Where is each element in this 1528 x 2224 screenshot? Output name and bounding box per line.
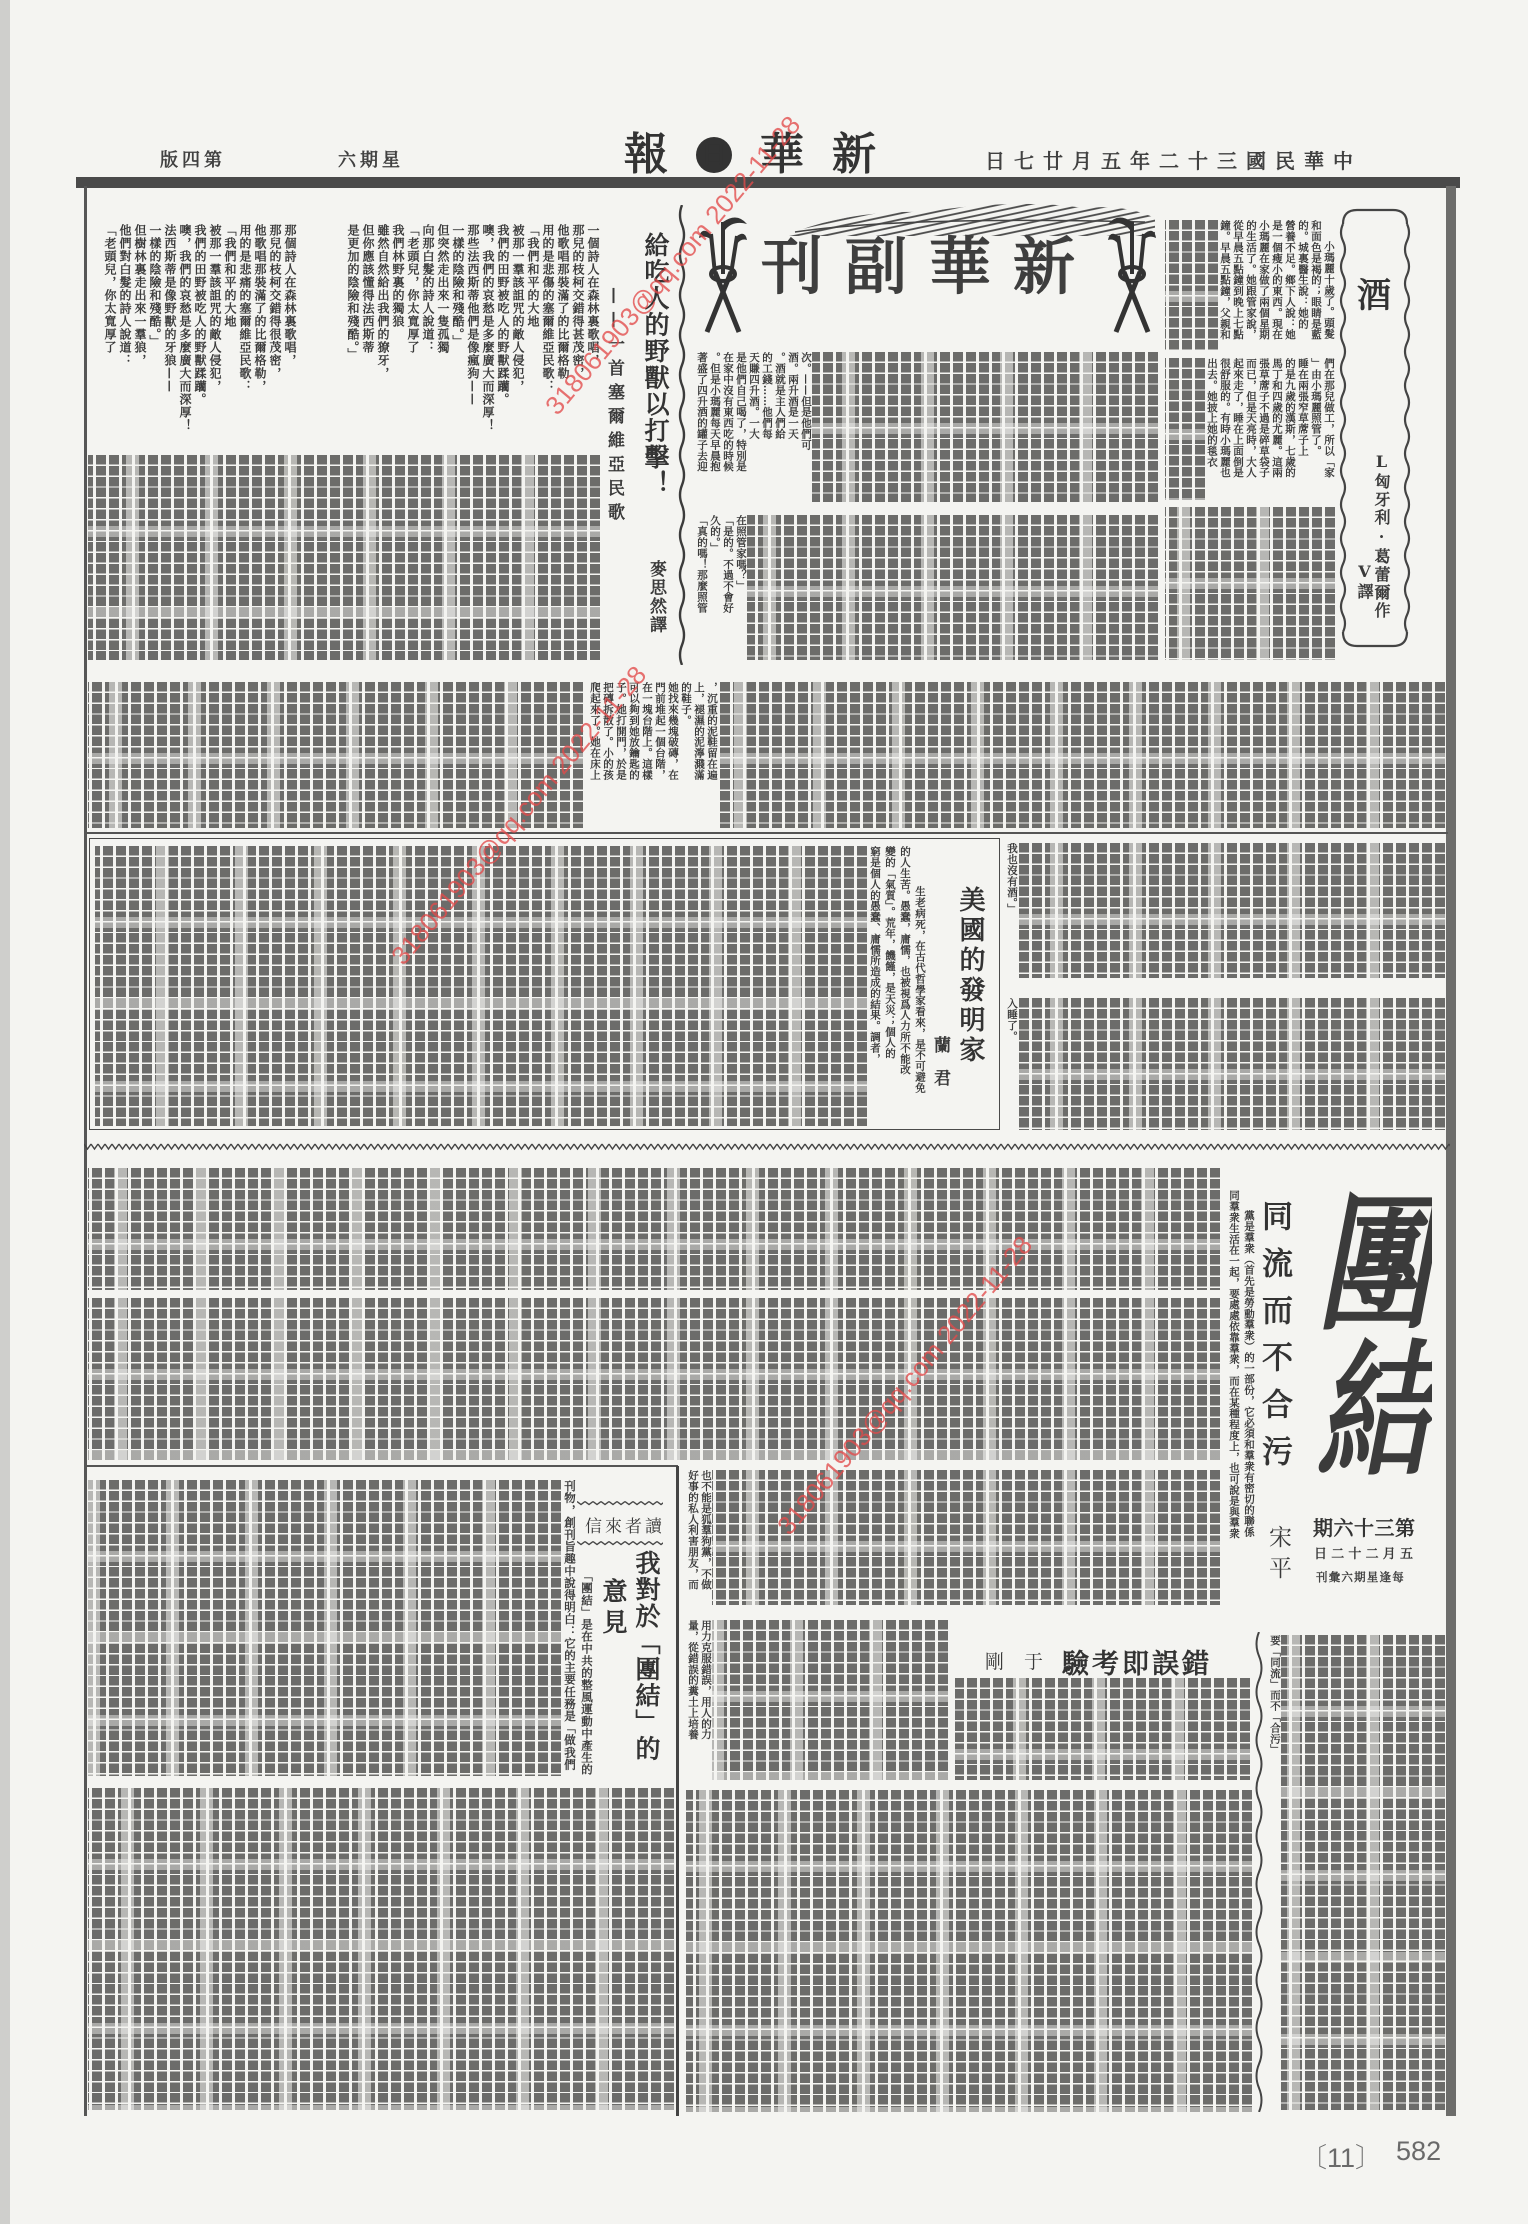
illegible-text [88, 682, 583, 828]
text-column: 入睡了。 [1005, 998, 1018, 1130]
text-column: 要「同流」而不「合污」 [1268, 1635, 1281, 2110]
letter-body: 「團結」是在中共的整風運動中產生的刊物，創刊旨趣中說得明白：它的主要任務是「做我… [88, 1480, 595, 1776]
illegible-text [1165, 220, 1218, 350]
poem-line: 被那一羣該詛咒的敵人侵犯， [510, 224, 525, 438]
poem-line: 噢，我們的哀愁是多麼廣大而深厚！ [480, 224, 495, 438]
article-2-body [955, 1678, 1250, 1780]
text-column: 。酒就是主人們給 [773, 352, 786, 502]
text-columns: 生老病死，在古代哲學家看來，是不可避免的人生苦。愚蠢，庸懦，也被視爲人力所不能改… [867, 846, 927, 1126]
poem-line: 雖然自然給出我們的獠牙， [375, 224, 390, 438]
text-column: 她找來幾塊破磚，在 [666, 682, 679, 828]
text-column: 可以夠到她放鑰匙的 [627, 682, 640, 828]
article-2-title: 錯誤即考驗 [1062, 1642, 1212, 1681]
text-column: 黨是羣衆（首先是勞動羣衆）的一部份，它必須和羣衆有密切的聯係 [1241, 1190, 1256, 1595]
text-column: 的人生苦。愚蠢，庸懦，也被視爲人力所不能改 [897, 846, 912, 1126]
text-column: 生老病死，在古代哲學家看來，是不可避免 [912, 846, 927, 1126]
story-text-block: 在照管家嗎？」「是的。不過不會好久的。」「真的嗎！那麼照管 [695, 515, 1158, 660]
story-opening: 小瑪麗十歲了。頭髮和面色是褐的；眼睛是藍的。城裏醫生說：她的營養不足。鄉下人說：… [1165, 220, 1335, 350]
lead-article-body: 也不能是狐羣狗黨，不做好事的私人利害朋友，而 [686, 1470, 1220, 1605]
feature-title: 美國的發明家 [955, 886, 985, 1066]
text-column: 次。——但是他們可 [799, 352, 812, 502]
poem-line: 一樣的陰險和殘酷。」 [147, 224, 162, 438]
text-column: 的工錢……他們每 [760, 352, 773, 502]
illegible-text [95, 846, 867, 1126]
text-column: 在照管家嗎？」 [734, 515, 747, 660]
text-column: 起來走了，睡在上面倒是 [1231, 358, 1244, 500]
poem-line: 我們林野裏的獨狼 [390, 224, 405, 438]
poem-subtitle: ——一首塞爾維亞民歌 [603, 287, 625, 527]
story-title-box: 酒 L匈牙利·葛蕾爾作 V譯 [1335, 206, 1415, 650]
poem-line: 他們對白髮的詩人說道： [117, 224, 132, 438]
poem-line: 用的是悲痛的塞爾維亞民歌： [237, 224, 252, 438]
text-column: 出去。她披上她的毯衣 [1205, 358, 1218, 500]
poem-line: 被那一羣該詛咒的敵人侵犯， [207, 224, 222, 438]
unity-masthead: 團結 [1300, 1185, 1430, 1481]
poem-line: 那兒的枝柯交錯得很茂密， [267, 224, 282, 438]
text-columns: 要「同流」而不「合污」 [1268, 1635, 1281, 2110]
letter-title: 我對於「團結」的 [631, 1550, 661, 1762]
poem-line: 法西斯蒂是像野獸的牙狼—— [162, 224, 177, 438]
weekday-label: 星期六 [338, 146, 404, 172]
text-column: 「真的嗎！那麼照管 [695, 515, 708, 660]
text-column: 在一塊台階上。這樣 [640, 682, 653, 828]
text-column: 刊物，創刊旨趣中說得明白：它的主要任務是「做我們 [561, 1480, 578, 1776]
illegible-text [955, 1678, 1250, 1780]
text-column: 們在那兒做工，所以「家 [1322, 358, 1335, 500]
story-continued: ，沉重的泥鞋留在遍上，褪濕的泥濘濺滿的鞋子。她找來幾塊破磚，在門前堆起一個台階，… [583, 682, 718, 828]
text-column: 是他們自己喝了，特別是 [734, 352, 747, 502]
illegible-text [686, 1790, 1252, 2112]
frame-right-line [1446, 186, 1456, 2116]
illegible-text [88, 1298, 1220, 1460]
frame-left-line [84, 186, 87, 2116]
lead-article-author: 宋平 [1265, 1525, 1291, 1587]
text-columns: 用力克服錯誤，用人的力量，從錯誤的糞土上培養 [686, 1620, 712, 1780]
text-column: 酒。兩升酒是一天 [786, 352, 799, 502]
poem-line: 但樹林裏走出來一羣狼， [132, 224, 147, 438]
illegible-text [712, 1470, 1220, 1605]
story-translator: V譯 [1354, 562, 1374, 601]
poem-line: 用的是悲傷的塞爾維亞民歌： [540, 224, 555, 438]
text-column: 上，褪濕的泥濘濺滿 [692, 682, 705, 828]
text-column: 的鞋子。 [679, 682, 692, 828]
lead-article-body: 黨是羣衆（首先是勞動羣衆）的一部份，它必須和羣衆有密切的聯係同羣衆生活在一起，要… [1222, 1190, 1256, 1595]
issue-date: 五月二十二日 [1314, 1543, 1417, 1562]
scan-edge [0, 0, 10, 2224]
text-column: 爬起來了。她在床上 [588, 682, 601, 828]
wavy-divider [1252, 1632, 1266, 2112]
text-columns: 在照管家嗎？」「是的。不過不會好久的。」「真的嗎！那麼照管 [695, 515, 747, 660]
volume-label: 〔11〕 [1300, 2136, 1382, 2175]
text-column: 量，從錯誤的糞土上培養 [686, 1620, 699, 1780]
poem-line: 那個詩人在森林裏歌唱， [282, 224, 297, 438]
poem-line: 噢，我們的哀愁是多麼廣大而深厚！ [177, 224, 192, 438]
issue-number: 第三十六期 [1313, 1512, 1416, 1541]
wavy-section-border [84, 1142, 1450, 1151]
text-column: 小瑪麗十歲了。頭髮 [1322, 220, 1335, 350]
text-column: 營養不足。鄉下人說：她 [1283, 220, 1296, 350]
text-column: 的生活了。她跟管家說， [1244, 220, 1257, 350]
poem-line: 他歌唱那裝滿了的比爾格勒， [252, 224, 267, 438]
illegible-text [747, 515, 1158, 660]
poem-stanza: 一個詩人在森林裏歌唱，那兒的枝柯交錯得甚茂密，他歌唱那裝滿了的比爾格勒用的是悲傷… [345, 224, 600, 438]
text-column: 也不能是狐羣狗黨，不做 [699, 1470, 712, 1605]
text-column: 而已，但是天亮時，大人 [1244, 358, 1257, 500]
story-title: 酒 [1357, 268, 1391, 317]
poem-continued-text [88, 455, 600, 660]
text-column: 子。她打開門，於是 [614, 682, 627, 828]
text-columns: 小瑪麗十歲了。頭髮和面色是褐的；眼睛是藍的。城裏醫生說：她的營養不足。鄉下人說：… [1218, 220, 1335, 350]
illegible-text [712, 1620, 948, 1780]
publication-schedule: 每逢星期六彙刊 [1316, 1569, 1405, 1585]
illegible-text [720, 682, 1445, 828]
poem-body: 一個詩人在森林裏歌唱，那兒的枝柯交錯得甚茂密，他歌唱那裝滿了的比爾格勒用的是悲傷… [88, 224, 600, 438]
text-column: 「團結」是在中共的整風運動中產生的 [578, 1480, 595, 1776]
wheat-sheaf-icon [1106, 212, 1158, 334]
illegible-text [1018, 843, 1445, 978]
text-column: 」由小瑪麗照管了。 [1309, 358, 1322, 500]
text-column: 馬丁和四歲的尤麗。這兩 [1270, 358, 1283, 500]
page-number-value: 582 [1396, 2136, 1441, 2175]
section-divider [86, 832, 1448, 834]
story-continued [720, 682, 1445, 828]
supplement-banner: 新華副刊 [695, 198, 1158, 338]
wheat-sheaf-icon [697, 212, 749, 334]
poem-title: 給吃人的野獸以打擊！ [640, 232, 670, 497]
text-column: 久的。」 [708, 515, 721, 660]
poem-line: 他歌唱那裝滿了的比爾格勒 [555, 224, 570, 438]
poem-line: 「老頭兒，你太寬厚了 [102, 224, 117, 438]
paper-name-sun-dot: 日 [696, 137, 732, 173]
poem-line: 向那白髮的詩人說道： [420, 224, 435, 438]
text-column: 從早晨五點鐘到晚上七點 [1231, 220, 1244, 350]
text-column: 小瑪麗在家做了兩個星期 [1257, 220, 1270, 350]
text-column: 鐘。早晨五點鐘，父親和 [1218, 220, 1231, 350]
reader-letter-label: 讀者來信 [585, 1512, 665, 1537]
poem-line: 但你應該懂得法西斯蒂 [360, 224, 375, 438]
text-column: 著盛了四升酒的罐子去迎 [695, 352, 708, 502]
feature-author: 蘭君 [930, 1036, 950, 1102]
illegible-text [1165, 507, 1335, 660]
edition-label: 第四版 [160, 146, 226, 172]
text-column: 。但是小瑪麗每天早晨抱 [708, 352, 721, 502]
poem-line: 「我們和平的大地 [525, 224, 540, 438]
text-column: 和面色是褐的；眼睛是藍 [1309, 220, 1322, 350]
letter-divider-vertical [676, 1466, 679, 2116]
paper-name: 新 華 日 報 [624, 132, 876, 178]
story-continued: 們在那兒做工，所以「家」由小瑪麗照管了。睡在兩張窄草蓆子上的是九歲的漢斯，七歲的… [1165, 358, 1335, 500]
issue-date: 中華民國三十二年五月廿七日 [985, 145, 1362, 174]
illegible-text [1165, 358, 1205, 500]
story-continued [1165, 507, 1335, 660]
text-columns: 「團結」是在中共的整風運動中產生的刊物，創刊旨趣中說得明白：它的主要任務是「做我… [561, 1480, 595, 1776]
page-number: 〔11〕 582 [1300, 2136, 1441, 2175]
poem-line: 那兒的枝柯交錯得甚茂密， [570, 224, 585, 438]
text-column: 用力克服錯誤，用人的力 [699, 1620, 712, 1780]
illegible-text [1281, 1635, 1445, 2110]
story-continued: 我也沒有酒。」 [1005, 843, 1445, 978]
story-text-block: 次。——但是他們可酒。兩升酒是一天。酒就是主人們給的工錢……他們每天賺四升酒。一… [695, 352, 1158, 502]
lead-article-body [686, 1790, 1252, 2112]
text-column: 同羣衆生活在一起，要處處依靠羣衆，而在某種程度上，也可說是與羣衆 [1226, 1190, 1241, 1595]
text-column: 把磚拆散了。小的孩 [601, 682, 614, 828]
text-column: 我也沒有酒。」 [1005, 843, 1018, 978]
lead-article-body: 用力克服錯誤，用人的力量，從錯誤的糞土上培養 [686, 1620, 948, 1780]
story-byline: L匈牙利·葛蕾爾作 [1371, 452, 1391, 620]
text-column: 很舒服的。有時小瑪麗也 [1218, 358, 1231, 500]
illegible-text [812, 352, 1158, 502]
text-column: ，沉重的泥鞋留在遍 [705, 682, 718, 828]
wavy-divider [676, 205, 688, 665]
illegible-text [88, 455, 600, 660]
letter-title: 意見 [598, 1578, 628, 1640]
poem-line: 是更加的陰險和殘酷。」 [345, 224, 360, 438]
paper-name-char: 華 [760, 132, 804, 178]
paper-name-char: 新 [832, 132, 876, 178]
text-column: 睡在兩張窄草蓆子上 [1296, 358, 1309, 500]
poem-line: 我們的田野被吃人的野獸蹂躪。 [495, 224, 510, 438]
text-column: 門前堆起一個台階， [653, 682, 666, 828]
poem-line: 「我們和平的大地 [222, 224, 237, 438]
poem-line: 「老頭兒，你太寬厚了 [405, 224, 420, 438]
article-2-author: 于剛 [985, 1647, 1063, 1674]
text-column: 的。城裏醫生說：她的 [1296, 220, 1309, 350]
illegible-text [88, 1480, 561, 1776]
poem-line: 一個詩人在森林裏歌唱， [585, 224, 600, 438]
lead-article-title: 同流而不合污 [1257, 1200, 1291, 1482]
poem-line: 那些法西斯蒂他們是像瘋狗—— [465, 224, 480, 438]
poem-line: 我們的田野被吃人的野獸蹂躪。 [192, 224, 207, 438]
poem-stanza: 那個詩人在森林裏歌唱，那兒的枝柯交錯得很茂密，他歌唱那裝滿了的比爾格勒，用的是悲… [102, 224, 297, 438]
text-column: 張草蓆子不過是碎草袋子 [1257, 358, 1270, 500]
poem-line: 但突然走出來一隻孤獨 [435, 224, 450, 438]
text-columns: 次。——但是他們可酒。兩升酒是一天。酒就是主人們給的工錢……他們每天賺四升酒。一… [695, 352, 812, 502]
letter-body [88, 1788, 674, 2110]
story-continued [88, 682, 583, 828]
text-column: 變的「氣質」。荒年，饑饉，是天災；個人的 [882, 846, 897, 1126]
poem-translator: 麥思然譯 [645, 560, 667, 634]
text-columns: 黨是羣衆（首先是勞動羣衆）的一部份，它必須和羣衆有密切的聯係同羣衆生活在一起，要… [1226, 1190, 1256, 1595]
text-column: 在家中沒有東西吃的時候 [721, 352, 734, 502]
text-column: 「是的。不過不會好 [721, 515, 734, 660]
text-column: 是一個瘦小的東西。現在 [1270, 220, 1283, 350]
text-columns: 們在那兒做工，所以「家」由小瑪麗照管了。睡在兩張窄草蓆子上的是九歲的漢斯，七歲的… [1205, 358, 1335, 500]
illegible-text [1018, 998, 1445, 1130]
illegible-text [88, 1168, 1220, 1290]
lead-article-body [88, 1168, 1220, 1290]
story-continued: 入睡了。 [1005, 998, 1445, 1130]
poem-line: 一樣的陰險和殘酷。」 [450, 224, 465, 438]
text-column: 的是九歲的漢斯，七歲的 [1283, 358, 1296, 500]
banner-title: 新華副刊 [755, 232, 1103, 302]
text-columns: ，沉重的泥鞋留在遍上，褪濕的泥濘濺滿的鞋子。她找來幾塊破磚，在門前堆起一個台階，… [588, 682, 718, 828]
text-column: 好事的私人利害朋友，而 [686, 1470, 699, 1605]
paper-name-char: 報 [624, 132, 668, 178]
text-columns: 也不能是狐羣狗黨，不做好事的私人利害朋友，而 [686, 1470, 712, 1605]
text-column: 窮是個人的愚蠢、庸懦所造成的結果。調者， [867, 846, 882, 1126]
feature-body: 生老病死，在古代哲學家看來，是不可避免的人生苦。愚蠢，庸懦，也被視爲人力所不能改… [95, 846, 927, 1126]
text-column: 天賺四升酒。一大 [747, 352, 760, 502]
lead-article-body: 要「同流」而不「合污」 [1268, 1635, 1445, 2110]
lead-article-body [88, 1298, 1220, 1460]
letter-divider-horizontal [86, 1465, 678, 1467]
illegible-text [88, 1788, 674, 2110]
